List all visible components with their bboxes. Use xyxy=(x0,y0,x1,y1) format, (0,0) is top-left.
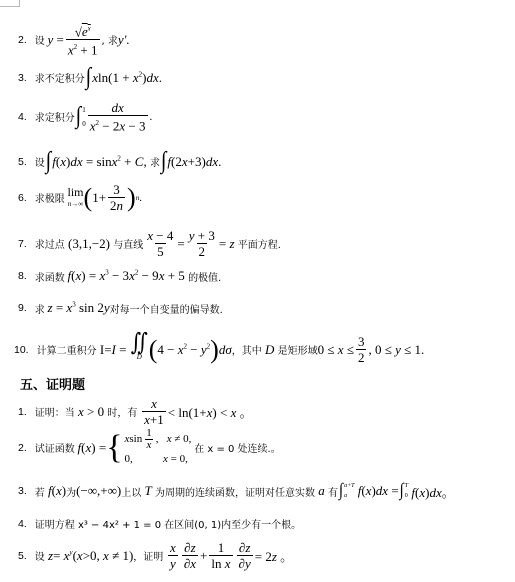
section-heading-proofs: 五、证明题 xyxy=(20,374,85,393)
proof-5: 5. 设 z= xy(x>0, x ≠ 1) ，证明 xy∂z∂x + 1ln … xyxy=(18,540,293,571)
problem-10: 10. 计算二重积分 I=I = ∬D (4 − x2 − y2)dσ ，其中 … xyxy=(14,334,424,365)
problem-8: 8. 求函数 f(x) = x3 − 3x2 − 9x + 5 的极值. xyxy=(18,268,221,284)
problem-4: 4. 求定积分 ∫10 dxx2 − 2x − 3. xyxy=(18,100,152,133)
problem-3: 3. 求不定积分 ∫ xln(1 + x2)dx. xyxy=(18,66,162,89)
proof-1: 1. 证明：当 x > 0 时，有 xx+1 < ln(1+x) < x 。 xyxy=(18,396,253,427)
problem-5: 5. 设 ∫ f(x)dx = sinx2 + C, 求 ∫ f(2x+3)dx… xyxy=(18,150,221,173)
piecewise-cases: xsin1x, x ≠ 0, 0, x = 0, xyxy=(125,428,192,467)
fraction: dxx2 − 2x − 3 xyxy=(88,100,148,133)
proof-2: 2. 试证函数 f(x) = { xsin1x, x ≠ 0, 0, x = 0… xyxy=(18,428,281,467)
problem-6: 6. 求极限 limn→∞ (1+32n)n. xyxy=(18,182,142,213)
integral-sign: ∫ xyxy=(161,148,166,176)
integral-sign: ∫ xyxy=(86,64,91,92)
problem-7: 7. 求过点 (3,1,−2) 与直线 x − 45= y + 32= z 平面… xyxy=(18,228,281,259)
integral-sign: ∫ xyxy=(46,148,51,176)
problem-2: 2. 设 y = √exx2 + 1 , 求y′. xyxy=(18,22,130,58)
integral-sign: ∫ xyxy=(76,103,81,131)
page-corner-mark xyxy=(0,0,20,7)
fraction: √exx2 + 1 xyxy=(66,22,100,58)
problem-9: 9. 求 z = x3 sin 2y 对每一个自变量的偏导数. xyxy=(18,300,223,316)
limit-operator: limn→∞ xyxy=(68,186,84,210)
double-integral: ∬D xyxy=(130,336,149,364)
proof-3: 3. 若 f(x) 为 (−∞,+∞) 上以 T 为周期的连续函数，证明对任意实… xyxy=(18,481,455,501)
proof-4: 4. 证明方程 x³ − 4x² + 1 = 0 在区间(0, 1)内至少有一个… xyxy=(18,516,301,531)
